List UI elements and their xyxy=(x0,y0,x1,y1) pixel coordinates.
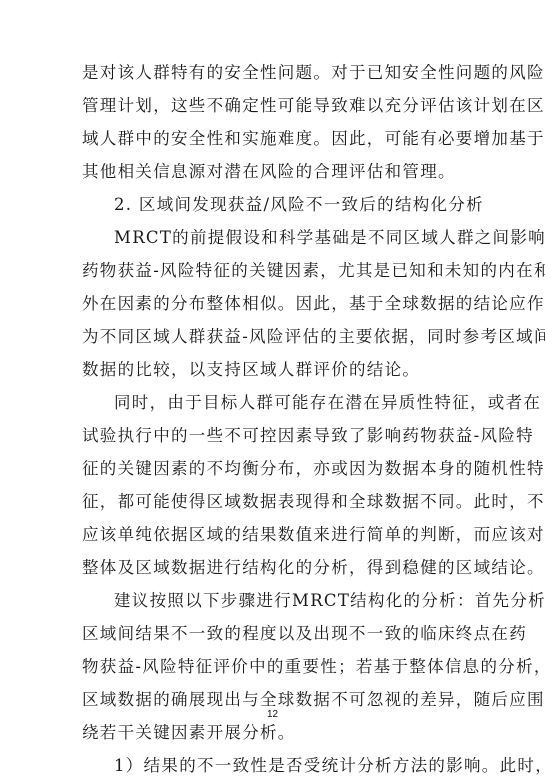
document-page: 是对该人群特有的安全性问题。对于已知安全性问题的风险 管理计划，这些不确定性可能… xyxy=(0,0,545,777)
paragraph-line: 域人群中的安全性和实施难度。因此，可能有必要增加基于 xyxy=(82,129,466,149)
paragraph-line: 区域间结果不一致的程度以及出现不一致的临床终点在药 xyxy=(82,624,466,644)
paragraph-line: MRCT的前提假设和科学基础是不同区域人群之间影响 xyxy=(114,228,466,248)
paragraph-line: 区域数据的确展现出与全球数据不可忽视的差异，随后应围 xyxy=(82,690,466,710)
paragraph-line: 试验执行中的一些不可控因素导致了影响药物获益-风险特 xyxy=(82,426,466,446)
paragraph-line: 为不同区域人群获益-风险评估的主要依据，同时参考区域间 xyxy=(82,327,466,347)
paragraph-line: 其他相关信息源对潜在风险的合理评估和管理。 xyxy=(82,162,466,182)
paragraph-line: 1）结果的不一致性是否受统计分析方法的影响。此时， xyxy=(114,756,466,776)
paragraph-line: 应该单纯依据区域的结果数值来进行简单的判断，而应该对 xyxy=(82,525,466,545)
paragraph-line: 物获益-风险特征评价中的重要性；若基于整体信息的分析， xyxy=(82,657,466,677)
paragraph-line: 建议按照以下步骤进行MRCT结构化的分析：首先分析 xyxy=(114,591,466,611)
paragraph-line: 管理计划，这些不确定性可能导致难以充分评估该计划在区 xyxy=(82,96,466,116)
paragraph-line: 数据的比较，以支持区域人群评价的结论。 xyxy=(82,360,466,380)
section-heading: 2. 区域间发现获益/风险不一致后的结构化分析 xyxy=(114,195,466,215)
paragraph-line: 药物获益-风险特征的关键因素，尤其是已知和未知的内在和 xyxy=(82,261,466,281)
paragraph-line: 征的关键因素的不均衡分布，亦或因为数据本身的随机性特 xyxy=(82,459,466,479)
paragraph-line: 整体及区域数据进行结构化的分析，得到稳健的区域结论。 xyxy=(82,558,466,578)
paragraph-line: 同时，由于目标人群可能存在潜在异质性特征，或者在 xyxy=(114,393,466,413)
page-number: 12 xyxy=(0,709,545,720)
paragraph-line: 绕若干关键因素开展分析。 xyxy=(82,723,466,743)
paragraph-line: 外在因素的分布整体相似。因此，基于全球数据的结论应作 xyxy=(82,294,466,314)
paragraph-line: 是对该人群特有的安全性问题。对于已知安全性问题的风险 xyxy=(82,63,466,83)
paragraph-line: 征，都可能使得区域数据表现得和全球数据不同。此时，不 xyxy=(82,492,466,512)
